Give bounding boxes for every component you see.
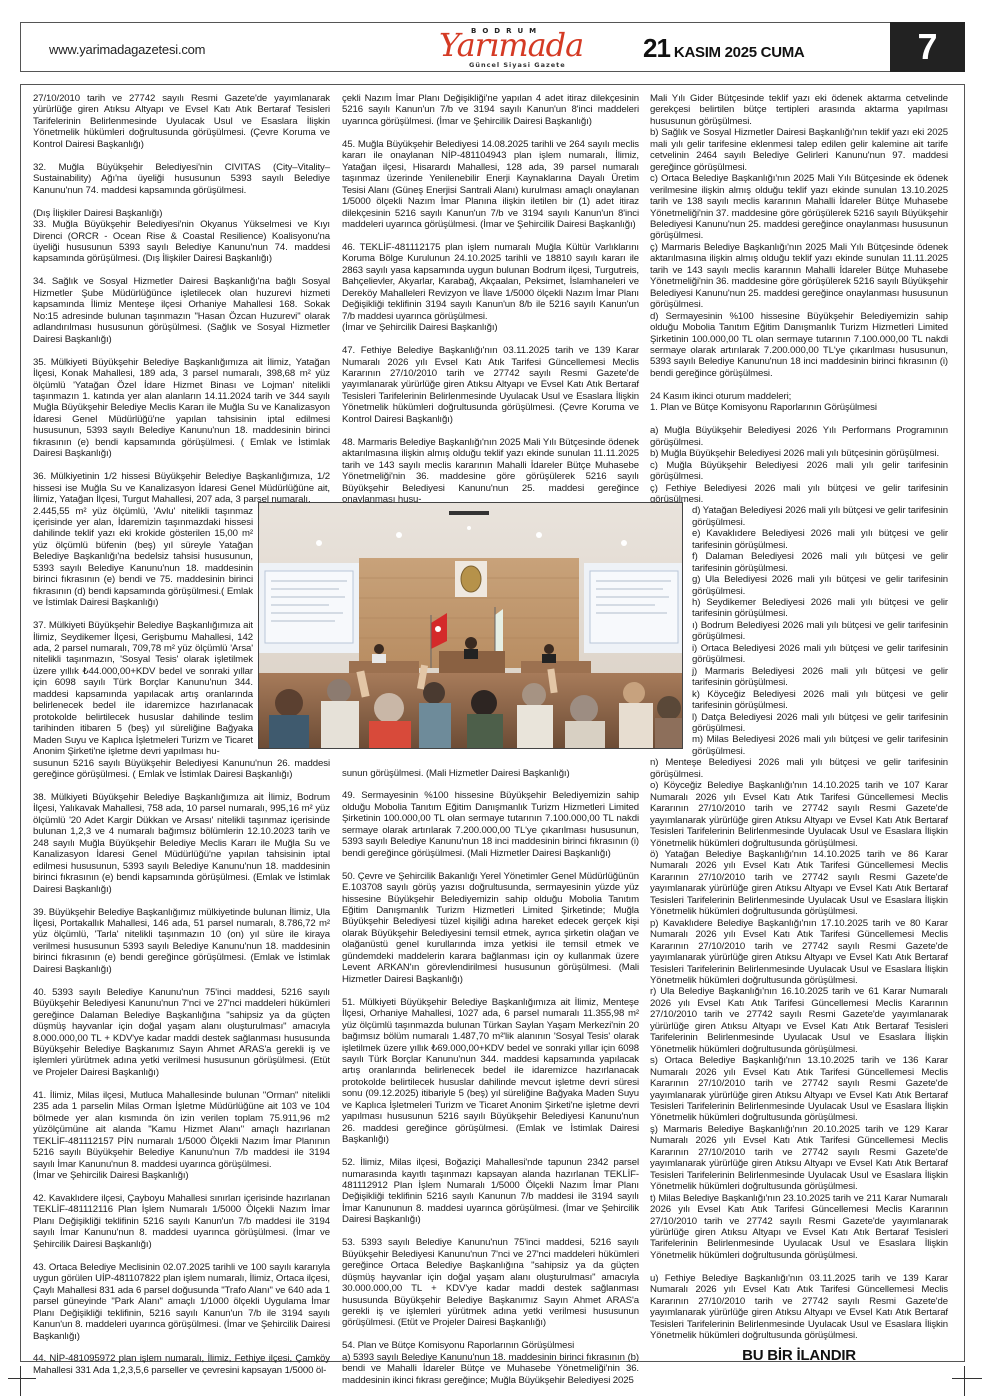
paragraph-item-37-b: susunun 5216 sayılı Büyükşehir Belediyes… (33, 758, 330, 781)
budget-item: k) Köyceğiz Belediyesi 2026 mali yılı bü… (650, 689, 948, 712)
paragraph-item-47: 47. Fethiye Belediye Başkanlığı'nın 03.1… (342, 345, 639, 425)
page-number: 7 (890, 22, 965, 72)
paragraph-item-53: 53. 5393 sayılı Belediye Kanunu'nun 75'i… (342, 1237, 639, 1329)
paragraph: Mali Yılı Gider Bütçesinde teklif yazı e… (650, 93, 948, 127)
paragraph-item-41: 41. İlimiz, Milas ilçesi, Mutluca Mahall… (33, 1090, 330, 1170)
budget-item: j) Marmaris Belediyesi 2026 mali yılı bü… (650, 666, 948, 689)
paragraph-item-51: 51. Mülkiyeti Büyükşehir Belediye Başkan… (342, 997, 639, 1146)
paragraph-item-32: 32. Muğla Büyükşehir Belediyesi'nin CIVI… (33, 162, 330, 196)
waste-tariff-item: ş) Marmaris Belediye Başkanlığı'nın 20.1… (650, 1124, 948, 1193)
crop-mark (952, 1378, 982, 1379)
waste-tariff-item: t) Milas Belediye Başkanlığı'nın 23.10.2… (650, 1193, 948, 1262)
budget-item: a) Muğla Büyükşehir Belediyesi 2026 Yılı… (650, 425, 948, 448)
paragraph-item-50: 50. Çevre ve Şehircilik Bakanlığı Yerel … (342, 871, 639, 986)
waste-tariff-item: ö) Yatağan Belediye Başkanlığı'nın 14.10… (650, 849, 948, 918)
budget-item: e) Kavaklıdere Belediyesi 2026 mali yılı… (650, 528, 948, 551)
paragraph-item-33: 33. Muğla Büyükşehir Belediyesi'nin Okya… (33, 219, 330, 265)
paragraph-item-52: 52. İlimiz, Milas ilçesi, Boğaziçi Mahal… (342, 1157, 639, 1226)
paragraph-item-49: 49. Sermayesinin %100 hissesine Büyükşeh… (342, 790, 639, 859)
budget-item: n) Menteşe Belediyesi 2026 mali yılı büt… (650, 757, 948, 780)
budget-item: d) Yatağan Belediyesi 2026 mali yılı büt… (650, 505, 948, 528)
paragraph-item-46: 46. TEKLİF-481112175 plan işlem numaralı… (342, 242, 639, 322)
paragraph-item-d: d) Sermayesinin %100 hissesine Büyükşehi… (650, 311, 948, 380)
column-3: Mali Yılı Gider Bütçesinde teklif yazı e… (650, 93, 948, 1361)
crop-mark (964, 1366, 965, 1396)
paragraph: çekli Nazım İmar Planı Değişikliği'ne ya… (342, 93, 639, 127)
waste-tariff-item: p) Kavaklıdere Belediye Başkanlığı'nın 1… (650, 918, 948, 987)
budget-item: ı) Bodrum Belediyesi 2026 mali yılı bütç… (650, 620, 948, 643)
paragraph-item-54-title: 54. Plan ve Bütçe Komisyonu Raporlarının… (342, 1340, 639, 1351)
waste-tariff-item: r) Ula Belediye Başkanlığı'nın 16.10.202… (650, 986, 948, 1055)
paragraph-item-40: 40. 5393 sayılı Belediye Kanunu'nun 75'i… (33, 987, 330, 1079)
budget-item: l) Datça Belediyesi 2026 mali yılı bütçe… (650, 712, 948, 735)
paragraph: (Dış İlişkiler Dairesi Başkanlığı) (33, 208, 330, 219)
paragraph-item-42: 42. Kavaklıdere ilçesi, Çayboyu Mahalles… (33, 1193, 330, 1250)
paragraph-item-35: 35. Mülkiyeti Büyükşehir Belediye Başkan… (33, 357, 330, 460)
paragraph-item-43: 43. Ortaca Belediye Meclisinin 02.07.202… (33, 1262, 330, 1342)
logo-main-text: Yarımada (439, 29, 583, 61)
paragraph: 27/10/2010 tarih ve 27742 sayılı Resmi G… (33, 93, 330, 150)
paragraph-item-39: 39. Büyükşehir Belediye Başkanlığımız mü… (33, 907, 330, 976)
advertisement-label: BU BİR İLANDIR (650, 1350, 948, 1361)
waste-tariff-item: u) Fethiye Belediye Başkanlığı'nın 03.11… (650, 1273, 948, 1342)
waste-tariff-item: s) Ortaca Belediye Başkanlığı'nın 13.10.… (650, 1055, 948, 1124)
crop-mark (8, 1378, 36, 1379)
waste-tariff-item: o) Köyceğiz Belediye Başkanlığı'nın 14.1… (650, 780, 948, 849)
budget-item: b) Muğla Büyükşehir Belediyesi 2026 mali… (650, 448, 948, 459)
paragraph-item-45: 45. Muğla Büyükşehir Belediyesi 14.08.20… (342, 139, 639, 231)
photo-illustration (259, 503, 683, 749)
budget-item: m) Milas Belediyesi 2026 mali yılı bütçe… (650, 734, 948, 757)
paragraph-item-54-a: a) 5393 sayılı Belediye Kanunu'nun 18. m… (342, 1352, 639, 1386)
issue-date: 21KASIM 2025 CUMA (643, 33, 804, 64)
council-meeting-photo (258, 502, 683, 749)
paragraph-item-36-b: 2.445,55 m² yüz ölçümlü, 'Avlu' nitelikl… (33, 506, 253, 609)
session-title: 24 Kasım ikinci oturum maddeleri; (650, 391, 948, 402)
paragraph-item-48-a: 48. Marmaris Belediye Başkanlığı'nın 202… (342, 437, 639, 506)
newspaper-logo: BODRUM Yarımada Güncel Siyasi Gazete (419, 25, 619, 69)
masthead: www.yarimadagazetesi.com BODRUM Yarımada… (20, 22, 965, 72)
paragraph-item-34: 34. Sağlık ve Sosyal Hizmetler Dairesi B… (33, 276, 330, 345)
date-day: 21 (643, 33, 670, 63)
budget-item: ç) Fethiye Belediyesi 2026 mali yılı büt… (650, 483, 948, 506)
paragraph-item-38: 38. Mülkiyeti Büyükşehir Belediye Başkan… (33, 792, 330, 895)
budget-item: g) Ula Belediyesi 2026 mali yılı bütçesi… (650, 574, 948, 597)
paragraph-item-37-a: 37. Mülkiyeti Büyükşehir Belediye Başkan… (33, 620, 253, 757)
paragraph: (İmar ve Şehircilik Dairesi Başkanlığı) (342, 322, 639, 333)
paragraph-item-b: b) Sağlık ve Sosyal Hizmetler Dairesi Ba… (650, 127, 948, 173)
session-item: 1. Plan ve Bütçe Komisyonu Raporlarının … (650, 402, 948, 413)
budget-item: h) Seydikemer Belediyesi 2026 mali yılı … (650, 597, 948, 620)
paragraph: (İmar ve Şehircilik Dairesi Başkanlığı) (33, 1170, 330, 1181)
site-url[interactable]: www.yarimadagazetesi.com (49, 42, 205, 57)
crop-mark (20, 1366, 21, 1396)
logo-subtitle: Güncel Siyasi Gazete (469, 61, 566, 69)
budget-item: c) Muğla Büyükşehir Belediyesi 2026 mali… (650, 460, 948, 483)
budget-item: f) Dalaman Belediyesi 2026 mali yılı büt… (650, 551, 948, 574)
paragraph-item-44: 44. NİP-481095972 plan işlem numaralı, İ… (33, 1353, 330, 1376)
paragraph-item-36-a: 36. Mülkiyetinin 1/2 hissesi Büyükşehir … (33, 471, 330, 505)
paragraph-item-48-b: sunun görüşülmesi. (Mali Hizmetler Daire… (342, 768, 639, 779)
date-month-year-weekday: KASIM 2025 CUMA (674, 44, 805, 61)
paragraph-item-c: c) Ortaca Belediye Başkanlığı'nın 2025 M… (650, 173, 948, 242)
paragraph-item-c-cedilla: ç) Marmaris Belediye Başkanlığı'nın 2025… (650, 242, 948, 311)
budget-item: i) Ortaca Belediyesi 2026 mali yılı bütç… (650, 643, 948, 666)
